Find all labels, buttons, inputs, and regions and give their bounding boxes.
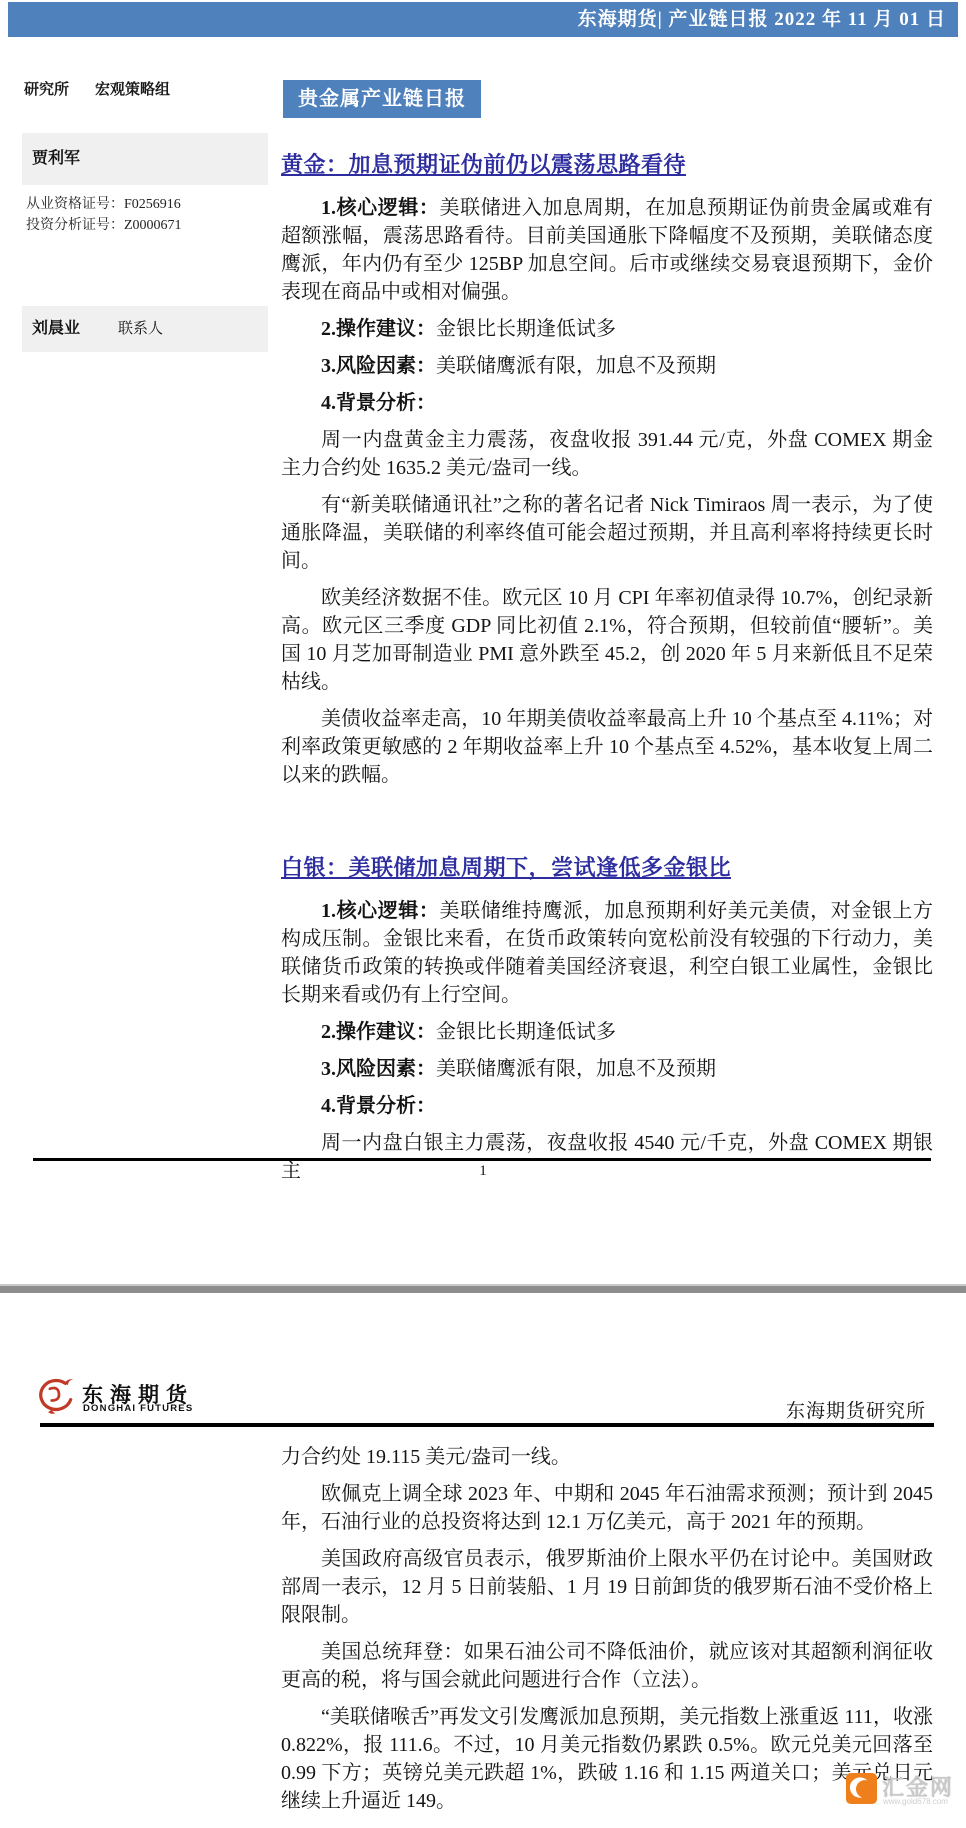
cert-line-1: 从业资格证号：F0256916 xyxy=(26,194,268,215)
paragraph-label: 4.背景分析： xyxy=(321,392,436,414)
donghai-logo: 东海期货 DONGHAI FUTURES xyxy=(30,1375,290,1421)
page1-footer-rule xyxy=(33,1158,931,1161)
paragraph: 欧美经济数据不佳。欧元区 10 月 CPI 年率初值录得 10.7%，创纪录新高… xyxy=(281,584,933,696)
contact-box: 刘晨业联系人 xyxy=(22,306,268,352)
huijin-watermark: 汇金网 www.gold678.com xyxy=(846,1771,964,1811)
page1-content: 黄金：加息预期证伪前仍以震荡思路看待 1.核心逻辑：美联储进入加息周期，在加息预… xyxy=(281,150,933,1194)
paragraph-text: 美联储鹰派有限，加息不及预期 xyxy=(436,1058,716,1080)
paragraph-label: 3.风险因素： xyxy=(321,355,436,377)
paragraph: 3.风险因素：美联储鹰派有限，加息不及预期 xyxy=(281,1055,933,1083)
paragraph: “美联储喉舌”再发文引发鹰派加息预期，美元指数上涨重返 111，收涨 0.822… xyxy=(281,1703,933,1815)
paragraph-label: 3.风险因素： xyxy=(321,1058,436,1080)
sidebar-dept-row: 研究所宏观策略组 xyxy=(22,78,268,99)
paragraph-text: 美债收益率走高，10 年期美债收益率最高上升 10 个基点至 4.11%；对利率… xyxy=(281,708,933,786)
logo-english-name: DONGHAI FUTURES xyxy=(83,1403,193,1414)
paragraph-text: 周一内盘黄金主力震荡，夜盘收报 391.44 元/克，外盘 COMEX 期金主力… xyxy=(281,429,933,479)
page-divider xyxy=(0,1284,966,1293)
paragraph-text: 欧美经济数据不佳。欧元区 10 月 CPI 年率初值录得 10.7%，创纪录新高… xyxy=(281,587,933,693)
contact-role: 联系人 xyxy=(118,321,163,337)
dept-label: 研究所 xyxy=(24,82,69,98)
paragraph: 周一内盘黄金主力震荡，夜盘收报 391.44 元/克，外盘 COMEX 期金主力… xyxy=(281,426,933,482)
paragraph-text: 有“新美联储通讯社”之称的著名记者 Nick Timiraos 周一表示，为了使… xyxy=(281,494,933,572)
paragraph: 1.核心逻辑：美联储维持鹰派，加息预期利好美元美债，对金银上方构成压制。金银比来… xyxy=(281,897,933,1009)
paragraph: 美债收益率走高，10 年期美债收益率最高上升 10 个基点至 4.11%；对利率… xyxy=(281,705,933,789)
section-heading-silver: 白银：美联储加息周期下，尝试逢低多金银比 xyxy=(281,853,933,883)
paragraph: 有“新美联储通讯社”之称的著名记者 Nick Timiraos 周一表示，为了使… xyxy=(281,491,933,575)
contact-name: 刘晨业 xyxy=(32,320,80,337)
report-badge: 贵金属产业链日报 xyxy=(283,80,481,118)
paragraph: 4.背景分析： xyxy=(281,1092,933,1120)
paragraph-text: 金银比长期逢低试多 xyxy=(436,318,616,340)
paragraph-text: 美联储鹰派有限，加息不及预期 xyxy=(436,355,716,377)
report-header-bar: 东海期货| 产业链日报 2022 年 11 月 01 日 xyxy=(8,2,958,37)
paragraph: 2.操作建议：金银比长期逢低试多 xyxy=(281,315,933,343)
paragraph: 2.操作建议：金银比长期逢低试多 xyxy=(281,1018,933,1046)
analyst-certs: 从业资格证号：F0256916 投资分析证号：Z0000671 xyxy=(22,194,268,236)
section-heading-gold: 黄金：加息预期证伪前仍以震荡思路看待 xyxy=(281,150,933,180)
research-institute-label: 东海期货研究所 xyxy=(786,1396,926,1423)
paragraph-label: 2.操作建议： xyxy=(321,1021,436,1043)
paragraph: 欧佩克上调全球 2023 年、中期和 2045 年石油需求预测；预计到 2045… xyxy=(281,1480,933,1536)
donghai-dragon-icon xyxy=(30,1375,77,1417)
paragraph: 3.风险因素：美联储鹰派有限，加息不及预期 xyxy=(281,352,933,380)
analyst-name: 贾利军 xyxy=(32,150,80,167)
page2-content: 力合约处 19.115 美元/盎司一线。 欧佩克上调全球 2023 年、中期和 … xyxy=(281,1443,933,1824)
paragraph: 力合约处 19.115 美元/盎司一线。 xyxy=(281,1443,933,1471)
paragraph-label: 4.背景分析： xyxy=(321,1095,436,1117)
page-number: 1 xyxy=(0,1163,966,1180)
sidebar: 研究所宏观策略组 贾利军 从业资格证号：F0256916 投资分析证号：Z000… xyxy=(22,78,268,352)
huijin-crescent-icon xyxy=(846,1773,877,1804)
paragraph-label: 2.操作建议： xyxy=(321,318,436,340)
paragraph: 1.核心逻辑：美联储进入加息周期，在加息预期证伪前贵金属或难有超额涨幅，震荡思路… xyxy=(281,194,933,306)
paragraph: 4.背景分析： xyxy=(281,389,933,417)
cert-line-2: 投资分析证号：Z0000671 xyxy=(26,215,268,236)
watermark-url: www.gold678.com xyxy=(883,1797,948,1806)
page2-header-rule xyxy=(40,1423,934,1427)
report-page: 东海期货| 产业链日报 2022 年 11 月 01 日 研究所宏观策略组 贾利… xyxy=(0,0,966,1828)
analyst-name-box: 贾利军 xyxy=(22,133,268,185)
paragraph-label: 1.核心逻辑： xyxy=(321,900,440,922)
paragraph: 美国政府高级官员表示，俄罗斯油价上限水平仍在讨论中。美国财政部周一表示，12 月… xyxy=(281,1545,933,1629)
paragraph-label: 1.核心逻辑： xyxy=(321,197,440,219)
paragraph: 美国总统拜登：如果石油公司不降低油价，就应该对其超额利润征收更高的税，将与国会就… xyxy=(281,1638,933,1694)
group-label: 宏观策略组 xyxy=(95,82,170,98)
paragraph-text: 金银比长期逢低试多 xyxy=(436,1021,616,1043)
